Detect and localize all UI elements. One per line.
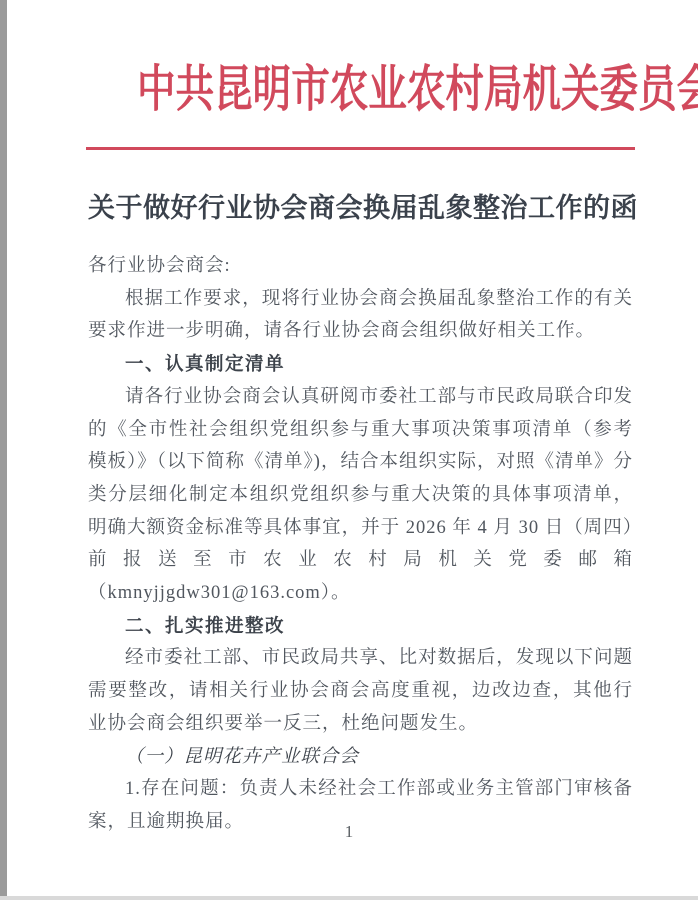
section-heading-2: 二、扎实推进整改: [88, 610, 633, 643]
document-title: 关于做好行业协会商会换届乱象整治工作的函: [88, 186, 633, 225]
page-number: 1: [0, 822, 698, 842]
document-page: 中共昆明市农业农村局机关委员会 关于做好行业协会商会换届乱象整治工作的函 各行业…: [0, 0, 698, 900]
paragraph-section-1: 请各行业协会商会认真研阅市委社工部与市民政局联合印发的《全市性社会组织党组织参与…: [88, 381, 633, 610]
document-content: 中共昆明市农业农村局机关委员会 关于做好行业协会商会换届乱象整治工作的函 各行业…: [88, 0, 633, 900]
letterhead-divider: [86, 147, 635, 150]
letterhead-org-name: 中共昆明市农业农村局机关委员会: [137, 50, 584, 121]
subsection-heading-1: （一）昆明花卉产业联合会: [88, 741, 633, 774]
section-heading-1: 一、认真制定清单: [88, 348, 633, 381]
paragraph-section-2: 经市委社工部、市民政局共享、比对数据后，发现以下问题需要整改，请相关行业协会商会…: [88, 642, 633, 740]
scan-edge-left: [0, 0, 7, 900]
paragraph-intro: 根据工作要求，现将行业协会商会换届乱象整治工作的有关要求作进一步明确，请各行业协…: [88, 283, 633, 348]
salutation: 各行业协会商会:: [88, 250, 633, 283]
document-body: 各行业协会商会: 根据工作要求，现将行业协会商会换届乱象整治工作的有关要求作进一…: [88, 250, 633, 839]
